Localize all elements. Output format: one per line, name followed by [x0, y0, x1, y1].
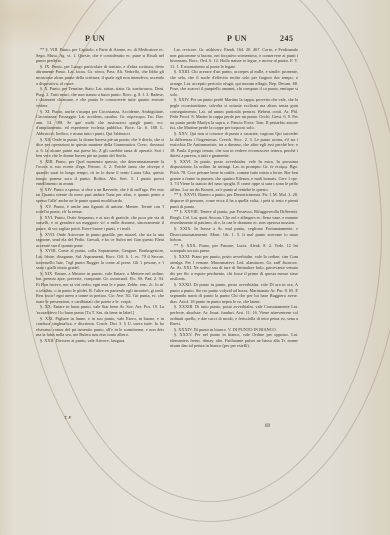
dictionary-entry: §. XXI. Pigliare in lunne, e in suo punt… [36, 316, 164, 338]
dictionary-entry: Lat. revicere. Gr. αὐξάνειν. Pandi. 164.… [170, 47, 298, 69]
dictionary-entry: §. XXII. Divisero ai punto, vale Ativore… [36, 338, 164, 344]
folio-mark: 69 [265, 424, 270, 429]
left-column: ** §. VIII. Punto, per Capitolo, e Parte… [36, 47, 164, 343]
book-page: P UN P UN 245 ** §. VIII. Punto, per Cap… [0, 0, 390, 535]
dictionary-entry: ** §. VIII. Punto, per Capitolo, e Parte… [36, 47, 164, 64]
right-column: Lat. revicere. Gr. αὐξάνειν. Pandi. 164.… [170, 47, 298, 349]
dictionary-entry: §. XIX. Entare, a Metrere in pareto, val… [36, 271, 164, 305]
dictionary-entry: §. XVIII. Come al punto, colla Soprament… [36, 248, 164, 270]
dictionary-entry: §. XV. Punto, è anche una figurati di un… [36, 204, 164, 215]
dictionary-entry: §. XVI. Punto, Ostèr Serpaeno, e ai suo … [36, 215, 164, 232]
dictionary-entry: §. XXVI. In punto, posto avverbialm. vel… [170, 159, 298, 193]
dictionary-entry: §. XXXIII. Di tutto punto, posto avverbi… [170, 304, 298, 326]
dictionary-entry: §. XXXV. Per nel punto in bianco, vale O… [170, 332, 298, 349]
dictionary-entry: §. XXIII. Chi acerace d'un punto, accrep… [170, 69, 298, 97]
printer-signature: T. F. [64, 415, 72, 420]
dictionary-entry: §. XIV. Punto a spesso, si dice a un Rav… [36, 187, 164, 204]
dictionary-entry: §. X. Punto, per Termine, Stato. Lat. st… [36, 86, 164, 108]
dictionary-entry: §. XI. Punto, anche s'usurpa per Circost… [36, 109, 164, 137]
running-header: P UN P UN 245 [40, 34, 300, 46]
dictionary-entry: ** §. XXVIII. Tenere al punto, pur Posse… [170, 209, 298, 226]
dictionary-entry: §. XXV. Qui non si conosce di punto a ca… [170, 131, 298, 159]
header-right-term: P UN [227, 34, 247, 43]
dictionary-entry: §. XVII. Onde Artrovare in punto gnadile… [36, 232, 164, 249]
dictionary-entry: §. XII. Onde in punto, la donne havess p… [36, 137, 164, 159]
page-number: 245 [280, 34, 294, 43]
dictionary-entry: §. IX. Punto, per Luogo particolare di t… [36, 64, 164, 86]
dictionary-entry: ** §. XXVII. Bonero a punto, per Diester… [170, 192, 298, 209]
dictionary-entry: §. XX. Entare in buon punto, vale Star b… [36, 304, 164, 315]
dictionary-entry: §. XXXI. Piano per punto, posto avverbia… [170, 254, 298, 282]
header-left-term: P UN [85, 34, 105, 43]
dictionary-entry: §. XXIX. In Isesse a Ar. mal punto, vegl… [170, 226, 298, 243]
dictionary-entry: §. XXXII. Di punto in punto, posto avver… [170, 282, 298, 304]
dictionary-entry: §. XIII. Punto, per Quel momento spessio… [36, 159, 164, 187]
dictionary-entry: ** §. XXX. Piano, per Passare, Lucis. Al… [170, 243, 298, 254]
dictionary-entry: §. XXIV. Per un punto perdé Martino la c… [170, 97, 298, 131]
